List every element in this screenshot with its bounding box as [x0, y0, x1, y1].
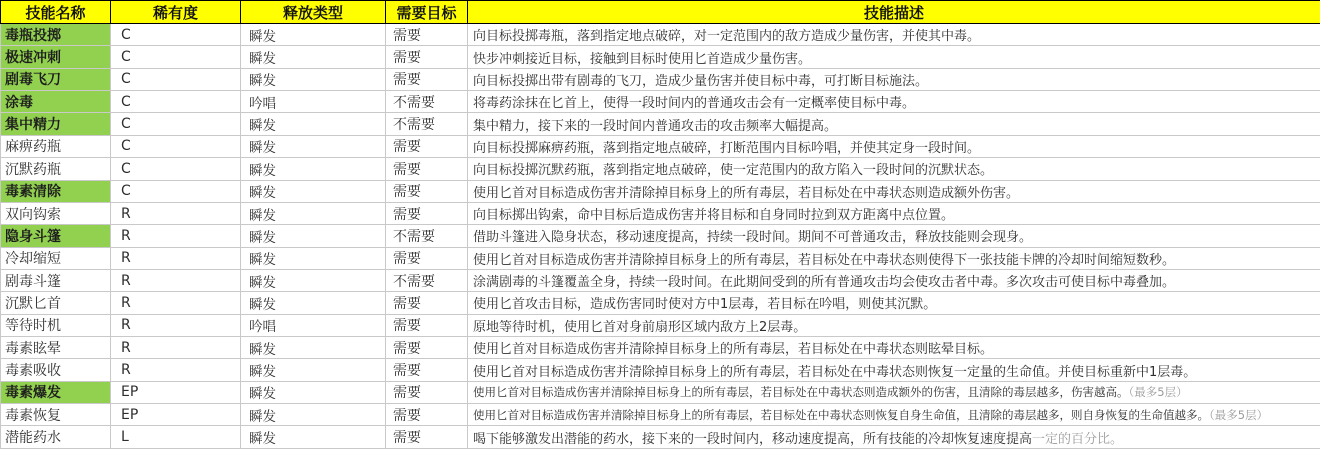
skill-name-cell: 冷却缩短 — [1, 247, 111, 269]
rarity-cell: C — [111, 158, 241, 180]
header-cast-type: 释放类型 — [241, 1, 386, 24]
target-cell: 需要 — [386, 426, 468, 449]
table-row: 沉默药瓶C瞬发需要向目标投掷沉默药瓶，落到指定地点破碎，使一定范围内的敌方陷入一… — [1, 158, 1320, 180]
rarity-cell: C — [111, 68, 241, 90]
target-cell: 需要 — [386, 202, 468, 224]
rarity-cell: C — [111, 46, 241, 68]
header-rarity: 稀有度 — [111, 1, 241, 24]
cast-type-cell: 瞬发 — [241, 158, 386, 180]
rarity-cell: R — [111, 359, 241, 381]
skill-sheet: 技能名称 稀有度 释放类型 需要目标 技能描述 毒瓶投掷C瞬发需要向目标投掷毒瓶… — [0, 0, 1320, 449]
cast-type-cell: 瞬发 — [241, 46, 386, 68]
cast-type-cell: 瞬发 — [241, 135, 386, 157]
rarity-cell: C — [111, 91, 241, 113]
skill-name-cell: 集中精力 — [1, 113, 111, 135]
cast-type-cell: 瞬发 — [241, 269, 386, 291]
description-tail: （最多5层） — [1129, 385, 1188, 399]
table-row: 毒素恢复EP瞬发需要使用匕首对目标造成伤害并清除掉目标身上的所有毒层，若目标处在… — [1, 404, 1320, 426]
target-cell: 需要 — [386, 46, 468, 68]
rarity-cell: R — [111, 337, 241, 359]
table-row: 潜能药水L瞬发需要喝下能够激发出潜能的药水，接下来的一段时间内，移动速度提高，所… — [1, 426, 1320, 449]
cast-type-cell: 瞬发 — [241, 359, 386, 381]
target-cell: 需要 — [386, 404, 468, 426]
target-cell: 不需要 — [386, 91, 468, 113]
rarity-cell: R — [111, 247, 241, 269]
header-row: 技能名称 稀有度 释放类型 需要目标 技能描述 — [1, 1, 1320, 24]
skill-name-cell: 毒素清除 — [1, 180, 111, 202]
table-row: 毒素吸收R瞬发需要使用匕首对目标造成伤害并清除掉目标身上的所有毒层，若目标处在中… — [1, 359, 1320, 381]
table-row: 毒素眩晕R瞬发需要使用匕首对目标造成伤害并清除掉目标身上的所有毒层，若目标处在中… — [1, 337, 1320, 359]
description-cell: 向目标投掷毒瓶，落到指定地点破碎，对一定范围内的敌方造成少量伤害，并使其中毒。 — [468, 24, 1320, 46]
cast-type-cell: 瞬发 — [241, 404, 386, 426]
target-cell: 需要 — [386, 359, 468, 381]
skill-name-cell: 麻痹药瓶 — [1, 135, 111, 157]
cast-type-cell: 瞬发 — [241, 225, 386, 247]
rarity-cell: EP — [111, 381, 241, 403]
cast-type-cell: 吟唱 — [241, 314, 386, 336]
table-row: 沉默匕首R瞬发需要使用匕首攻击目标，造成伤害同时使对方中1层毒，若目标在吟唱，则… — [1, 292, 1320, 314]
description-cell: 涂满剧毒的斗篷覆盖全身，持续一段时间。在此期间受到的所有普通攻击均会使攻击者中毒… — [468, 269, 1320, 291]
table-row: 麻痹药瓶C瞬发需要向目标投掷麻痹药瓶，落到指定地点破碎，打断范围内目标吟唱，并使… — [1, 135, 1320, 157]
target-cell: 需要 — [386, 337, 468, 359]
description-cell: 向目标投掷麻痹药瓶，落到指定地点破碎，打断范围内目标吟唱，并使其定身一段时间。 — [468, 135, 1320, 157]
target-cell: 不需要 — [386, 225, 468, 247]
rarity-cell: R — [111, 225, 241, 247]
cast-type-cell: 瞬发 — [241, 337, 386, 359]
cast-type-cell: 瞬发 — [241, 24, 386, 46]
table-row: 剧毒斗篷R瞬发不需要涂满剧毒的斗篷覆盖全身，持续一段时间。在此期间受到的所有普通… — [1, 269, 1320, 291]
skill-name-cell: 涂毒 — [1, 91, 111, 113]
cast-type-cell: 瞬发 — [241, 247, 386, 269]
description-cell: 快步冲刺接近目标，接触到目标时使用匕首造成少量伤害。 — [468, 46, 1320, 68]
table-row: 双向钩索R瞬发需要向目标掷出钩索，命中目标后造成伤害并将目标和自身同时拉到双方距… — [1, 202, 1320, 224]
rarity-cell: C — [111, 135, 241, 157]
table-row: 冷却缩短R瞬发需要使用匕首对目标造成伤害并清除掉目标身上的所有毒层，若目标处在中… — [1, 247, 1320, 269]
description-cell: 原地等待时机，使用匕首对身前扇形区域内敌方上2层毒。 — [468, 314, 1320, 336]
cast-type-cell: 瞬发 — [241, 68, 386, 90]
target-cell: 需要 — [386, 135, 468, 157]
table-row: 等待时机R吟唱需要原地等待时机，使用匕首对身前扇形区域内敌方上2层毒。 — [1, 314, 1320, 336]
table-row: 隐身斗篷R瞬发不需要借助斗篷进入隐身状态，移动速度提高，持续一段时间。期间不可普… — [1, 225, 1320, 247]
skill-name-cell: 毒素恢复 — [1, 404, 111, 426]
skill-name-cell: 沉默匕首 — [1, 292, 111, 314]
cast-type-cell: 吟唱 — [241, 91, 386, 113]
target-cell: 需要 — [386, 24, 468, 46]
skill-name-cell: 沉默药瓶 — [1, 158, 111, 180]
skill-table: 技能名称 稀有度 释放类型 需要目标 技能描述 毒瓶投掷C瞬发需要向目标投掷毒瓶… — [0, 0, 1320, 449]
table-row: 毒素爆发EP瞬发需要使用匕首对目标造成伤害并清除掉目标身上的所有毒层，若目标处在… — [1, 381, 1320, 403]
description-tail: （最多5层） — [1209, 408, 1268, 422]
header-skill-name: 技能名称 — [1, 1, 111, 24]
skill-name-cell: 毒素眩晕 — [1, 337, 111, 359]
skill-name-cell: 剧毒飞刀 — [1, 68, 111, 90]
table-row: 剧毒飞刀C瞬发需要向目标投掷出带有剧毒的飞刀，造成少量伤害并使目标中毒，可打断目… — [1, 68, 1320, 90]
description-cell: 向目标掷出钩索，命中目标后造成伤害并将目标和自身同时拉到双方距离中点位置。 — [468, 202, 1320, 224]
skill-name-cell: 毒素吸收 — [1, 359, 111, 381]
description-cell: 集中精力，接下来的一段时间内普通攻击的攻击频率大幅提高。 — [468, 113, 1320, 135]
target-cell: 需要 — [386, 158, 468, 180]
rarity-cell: C — [111, 113, 241, 135]
rarity-cell: R — [111, 292, 241, 314]
description-cell: 使用匕首对目标造成伤害并清除掉目标身上的所有毒层，若目标处在中毒状态则造成额外伤… — [468, 180, 1320, 202]
cast-type-cell: 瞬发 — [241, 113, 386, 135]
table-row: 极速冲刺C瞬发需要快步冲刺接近目标，接触到目标时使用匕首造成少量伤害。 — [1, 46, 1320, 68]
skill-name-cell: 双向钩索 — [1, 202, 111, 224]
target-cell: 需要 — [386, 247, 468, 269]
table-row: 毒素清除C瞬发需要使用匕首对目标造成伤害并清除掉目标身上的所有毒层，若目标处在中… — [1, 180, 1320, 202]
cast-type-cell: 瞬发 — [241, 292, 386, 314]
description-cell: 使用匕首对目标造成伤害并清除掉目标身上的所有毒层，若目标处在中毒状态则眩晕目标。 — [468, 337, 1320, 359]
target-cell: 需要 — [386, 68, 468, 90]
description-cell: 借助斗篷进入隐身状态，移动速度提高，持续一段时间。期间不可普通攻击，释放技能则会… — [468, 225, 1320, 247]
rarity-cell: R — [111, 269, 241, 291]
skill-name-cell: 等待时机 — [1, 314, 111, 336]
rarity-cell: L — [111, 426, 241, 449]
cast-type-cell: 瞬发 — [241, 426, 386, 449]
description-cell: 使用匕首攻击目标，造成伤害同时使对方中1层毒，若目标在吟唱，则使其沉默。 — [468, 292, 1320, 314]
cast-type-cell: 瞬发 — [241, 381, 386, 403]
skill-name-cell: 隐身斗篷 — [1, 225, 111, 247]
skill-name-cell: 极速冲刺 — [1, 46, 111, 68]
header-description: 技能描述 — [468, 1, 1320, 24]
target-cell: 需要 — [386, 314, 468, 336]
header-target-required: 需要目标 — [386, 1, 468, 24]
rarity-cell: R — [111, 202, 241, 224]
table-row: 涂毒C吟唱不需要将毒药涂抹在匕首上，使得一段时间内的普通攻击会有一定概率使目标中… — [1, 91, 1320, 113]
skill-name-cell: 毒瓶投掷 — [1, 24, 111, 46]
rarity-cell: R — [111, 314, 241, 336]
description-cell: 喝下能够激发出潜能的药水，接下来的一段时间内，移动速度提高，所有技能的冷却恢复速… — [468, 426, 1320, 449]
target-cell: 不需要 — [386, 113, 468, 135]
rarity-cell: C — [111, 24, 241, 46]
skill-name-cell: 潜能药水 — [1, 426, 111, 449]
rarity-cell: EP — [111, 404, 241, 426]
table-row: 毒瓶投掷C瞬发需要向目标投掷毒瓶，落到指定地点破碎，对一定范围内的敌方造成少量伤… — [1, 24, 1320, 46]
description-cell: 使用匕首对目标造成伤害并清除掉目标身上的所有毒层，若目标处在中毒状态则造成额外的… — [468, 381, 1320, 403]
description-cell: 使用匕首对目标造成伤害并清除掉目标身上的所有毒层，若目标处在中毒状态则恢复自身生… — [468, 404, 1320, 426]
description-cell: 向目标投掷沉默药瓶，落到指定地点破碎，使一定范围内的敌方陷入一段时间的沉默状态。 — [468, 158, 1320, 180]
table-row: 集中精力C瞬发不需要集中精力，接下来的一段时间内普通攻击的攻击频率大幅提高。 — [1, 113, 1320, 135]
description-cell: 使用匕首对目标造成伤害并清除掉目标身上的所有毒层，若目标处在中毒状态则恢复一定量… — [468, 359, 1320, 381]
target-cell: 需要 — [386, 381, 468, 403]
target-cell: 不需要 — [386, 269, 468, 291]
rarity-cell: C — [111, 180, 241, 202]
skill-name-cell: 毒素爆发 — [1, 381, 111, 403]
target-cell: 需要 — [386, 180, 468, 202]
skill-name-cell: 剧毒斗篷 — [1, 269, 111, 291]
cast-type-cell: 瞬发 — [241, 180, 386, 202]
description-cell: 将毒药涂抹在匕首上，使得一段时间内的普通攻击会有一定概率使目标中毒。 — [468, 91, 1320, 113]
description-cell: 向目标投掷出带有剧毒的飞刀，造成少量伤害并使目标中毒，可打断目标施法。 — [468, 68, 1320, 90]
cast-type-cell: 瞬发 — [241, 202, 386, 224]
target-cell: 需要 — [386, 292, 468, 314]
description-tail: 一定的百分比。 — [1032, 432, 1123, 447]
description-cell: 使用匕首对目标造成伤害并清除掉目标身上的所有毒层，若目标处在中毒状态则使得下一张… — [468, 247, 1320, 269]
